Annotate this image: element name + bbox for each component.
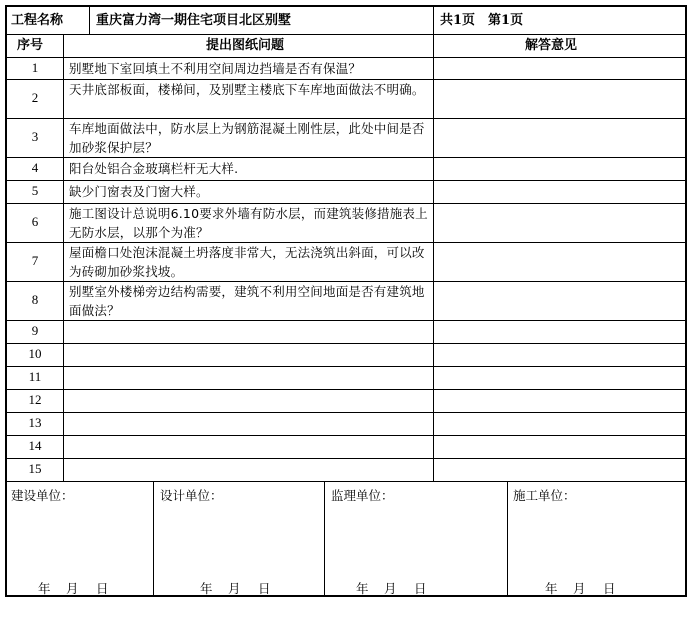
row-number: 9 (6, 323, 64, 339)
row-number: 4 (6, 160, 64, 176)
divider (324, 481, 325, 596)
divider (6, 481, 686, 482)
row-number: 11 (6, 369, 64, 385)
signature-contractor-unit: 施工单位： (513, 486, 576, 504)
row-number: 14 (6, 438, 64, 454)
divider (6, 57, 686, 58)
row-question: 别墅地下室回填土不利用空间周边挡墙是否有保温？ (69, 59, 431, 78)
row-number: 6 (6, 214, 64, 230)
page-info: 共1页 第1页 (440, 11, 523, 30)
divider (6, 435, 686, 436)
row-number: 1 (6, 60, 64, 76)
divider (6, 412, 686, 413)
signature-date: 年月日 (38, 579, 109, 597)
divider (6, 366, 686, 367)
divider (6, 389, 686, 390)
divider (6, 180, 686, 181)
divider (6, 343, 686, 344)
signature-construction-unit: 建设单位： (11, 486, 74, 504)
column-header-answer: 解答意见 (525, 36, 577, 55)
signature-supervision-unit: 监理单位： (331, 486, 394, 504)
row-question: 车库地面做法中，防水层上为钢筋混凝土刚性层，此处中间是否加砂浆保护层？ (69, 119, 431, 157)
divider (6, 34, 686, 35)
row-number: 12 (6, 392, 64, 408)
signature-date: 年月日 (356, 579, 427, 597)
row-question: 别墅室外楼梯旁边结构需要，建筑不利用空间地面是否有建筑地面做法？ (69, 282, 431, 320)
row-question: 屋面檐口处泡沫混凝土坍落度非常大，无法浇筑出斜面，可以改为砖砌加砂浆找坡。 (69, 243, 431, 281)
signature-date: 年月日 (545, 579, 616, 597)
row-number: 3 (6, 129, 64, 145)
row-number: 8 (6, 292, 64, 308)
column-header-question: 提出图纸问题 (206, 36, 284, 55)
row-number: 5 (6, 183, 64, 199)
row-question: 天井底部板面，楼梯间，及别墅主楼底下车库地面做法不明确。 (69, 80, 431, 99)
column-header-seq: 序号 (17, 36, 43, 55)
divider (507, 481, 508, 596)
row-number: 10 (6, 346, 64, 362)
row-number: 15 (6, 461, 64, 477)
row-question: 阳台处铝合金玻璃栏杆无大样. (69, 159, 431, 178)
row-number: 7 (6, 253, 64, 269)
divider (433, 6, 434, 481)
divider (153, 481, 154, 596)
divider (6, 458, 686, 459)
project-label: 工程名称 (11, 11, 63, 30)
divider (89, 6, 90, 34)
row-number: 2 (6, 90, 64, 106)
row-question: 缺少门窗表及门窗大样。 (69, 182, 431, 201)
row-question: 施工图设计总说明6.10要求外墙有防水层，而建筑装修措施表上无防水层，以那个为准… (69, 204, 431, 242)
divider (6, 157, 686, 158)
divider (6, 320, 686, 321)
signature-design-unit: 设计单位： (160, 486, 223, 504)
project-name: 重庆富力湾一期住宅项目北区别墅 (96, 11, 291, 30)
signature-date: 年月日 (200, 579, 271, 597)
row-number: 13 (6, 415, 64, 431)
